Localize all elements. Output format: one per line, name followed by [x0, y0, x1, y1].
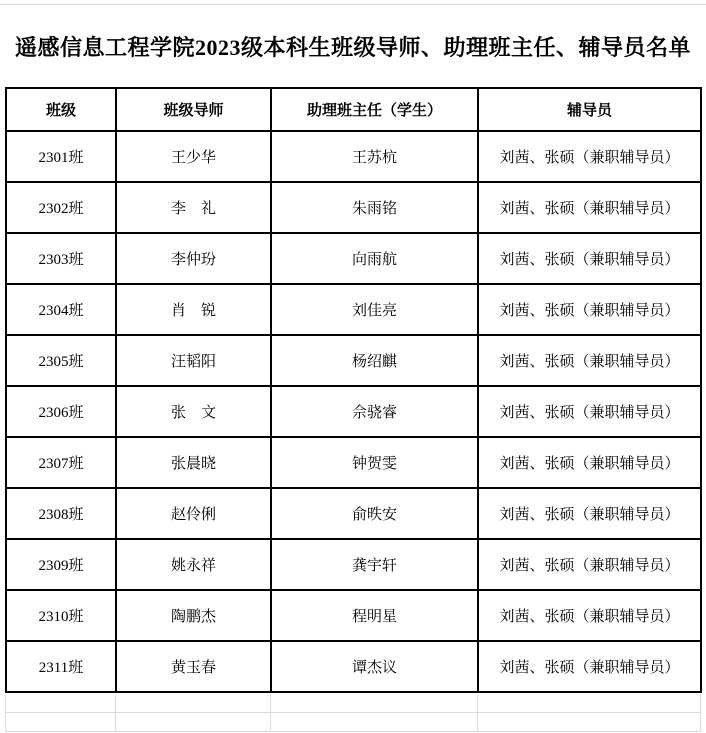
- header-advisor: 班级导师: [116, 88, 271, 131]
- advisor-cell: 张晨晓: [116, 437, 271, 488]
- counselor-cell: 刘茜、张硕（兼职辅导员）: [478, 386, 701, 437]
- counselor-cell: 刘茜、张硕（兼职辅导员）: [478, 641, 701, 692]
- class-cell: 2306班: [6, 386, 116, 437]
- table-row: 2306班 张 文 佘骁睿 刘茜、张硕（兼职辅导员）: [6, 386, 701, 437]
- header-counselor: 辅导员: [478, 88, 701, 131]
- advisor-cell: 陶鹏杰: [116, 590, 271, 641]
- class-cell: 2311班: [6, 641, 116, 692]
- assistant-cell: 程明星: [271, 590, 478, 641]
- assistant-cell: 杨绍麒: [271, 335, 478, 386]
- table-row: 2304班 肖 锐 刘佳亮 刘茜、张硕（兼职辅导员）: [6, 284, 701, 335]
- counselor-cell: 刘茜、张硕（兼职辅导员）: [478, 182, 701, 233]
- table-row: 2307班 张晨晓 钟贺雯 刘茜、张硕（兼职辅导员）: [6, 437, 701, 488]
- assistant-cell: 谭杰议: [271, 641, 478, 692]
- advisor-cell: 李仲玢: [116, 233, 271, 284]
- advisor-cell: 汪韬阳: [116, 335, 271, 386]
- empty-spreadsheet-rows: [5, 694, 701, 732]
- header-assistant: 助理班主任（学生）: [271, 88, 478, 131]
- assistant-cell: 刘佳亮: [271, 284, 478, 335]
- advisor-cell: 肖 锐: [116, 284, 271, 335]
- assistant-cell: 向雨航: [271, 233, 478, 284]
- header-class: 班级: [6, 88, 116, 131]
- top-gridline: [0, 4, 706, 5]
- assistant-cell: 钟贺雯: [271, 437, 478, 488]
- class-cell: 2309班: [6, 539, 116, 590]
- table-row: 2309班 姚永祥 龚宇轩 刘茜、张硕（兼职辅导员）: [6, 539, 701, 590]
- assistant-cell: 王苏杭: [271, 131, 478, 182]
- assistant-cell: 俞昳安: [271, 488, 478, 539]
- table-row: 2301班 王少华 王苏杭 刘茜、张硕（兼职辅导员）: [6, 131, 701, 182]
- assistant-cell: 龚宇轩: [271, 539, 478, 590]
- counselor-cell: 刘茜、张硕（兼职辅导员）: [478, 488, 701, 539]
- empty-grid-cell: [271, 713, 478, 732]
- table-row: 2310班 陶鹏杰 程明星 刘茜、张硕（兼职辅导员）: [6, 590, 701, 641]
- advisor-cell: 李 礼: [116, 182, 271, 233]
- advisor-cell: 赵伶俐: [116, 488, 271, 539]
- table-row: 2305班 汪韬阳 杨绍麒 刘茜、张硕（兼职辅导员）: [6, 335, 701, 386]
- counselor-cell: 刘茜、张硕（兼职辅导员）: [478, 131, 701, 182]
- counselor-cell: 刘茜、张硕（兼职辅导员）: [478, 437, 701, 488]
- advisor-cell: 王少华: [116, 131, 271, 182]
- class-cell: 2307班: [6, 437, 116, 488]
- counselor-cell: 刘茜、张硕（兼职辅导员）: [478, 233, 701, 284]
- empty-grid-row: [6, 713, 701, 732]
- empty-grid-cell: [116, 694, 271, 713]
- class-cell: 2302班: [6, 182, 116, 233]
- header-row: 班级 班级导师 助理班主任（学生） 辅导员: [6, 88, 701, 131]
- counselor-cell: 刘茜、张硕（兼职辅导员）: [478, 284, 701, 335]
- document-page: 遥感信息工程学院2023级本科生班级导师、助理班主任、辅导员名单 班级 班级导师…: [0, 0, 706, 733]
- advisor-cell: 黄玉春: [116, 641, 271, 692]
- class-cell: 2305班: [6, 335, 116, 386]
- class-cell: 2304班: [6, 284, 116, 335]
- roster-table: 班级 班级导师 助理班主任（学生） 辅导员 2301班 王少华 王苏杭 刘茜、张…: [5, 87, 702, 693]
- empty-grid-cell: [6, 713, 116, 732]
- table-row: 2303班 李仲玢 向雨航 刘茜、张硕（兼职辅导员）: [6, 233, 701, 284]
- empty-grid-cell: [271, 694, 478, 713]
- advisor-cell: 姚永祥: [116, 539, 271, 590]
- assistant-cell: 佘骁睿: [271, 386, 478, 437]
- empty-grid-cell: [478, 694, 701, 713]
- table-row: 2308班 赵伶俐 俞昳安 刘茜、张硕（兼职辅导员）: [6, 488, 701, 539]
- empty-grid-cell: [478, 713, 701, 732]
- page-title: 遥感信息工程学院2023级本科生班级导师、助理班主任、辅导员名单: [0, 6, 706, 86]
- class-cell: 2310班: [6, 590, 116, 641]
- class-cell: 2303班: [6, 233, 116, 284]
- empty-grid-cell: [116, 713, 271, 732]
- counselor-cell: 刘茜、张硕（兼职辅导员）: [478, 335, 701, 386]
- empty-grid-cell: [6, 694, 116, 713]
- counselor-cell: 刘茜、张硕（兼职辅导员）: [478, 539, 701, 590]
- table-row: 2311班 黄玉春 谭杰议 刘茜、张硕（兼职辅导员）: [6, 641, 701, 692]
- table-row: 2302班 李 礼 朱雨铭 刘茜、张硕（兼职辅导员）: [6, 182, 701, 233]
- empty-grid-row: [6, 694, 701, 713]
- advisor-cell: 张 文: [116, 386, 271, 437]
- assistant-cell: 朱雨铭: [271, 182, 478, 233]
- counselor-cell: 刘茜、张硕（兼职辅导员）: [478, 590, 701, 641]
- class-cell: 2308班: [6, 488, 116, 539]
- class-cell: 2301班: [6, 131, 116, 182]
